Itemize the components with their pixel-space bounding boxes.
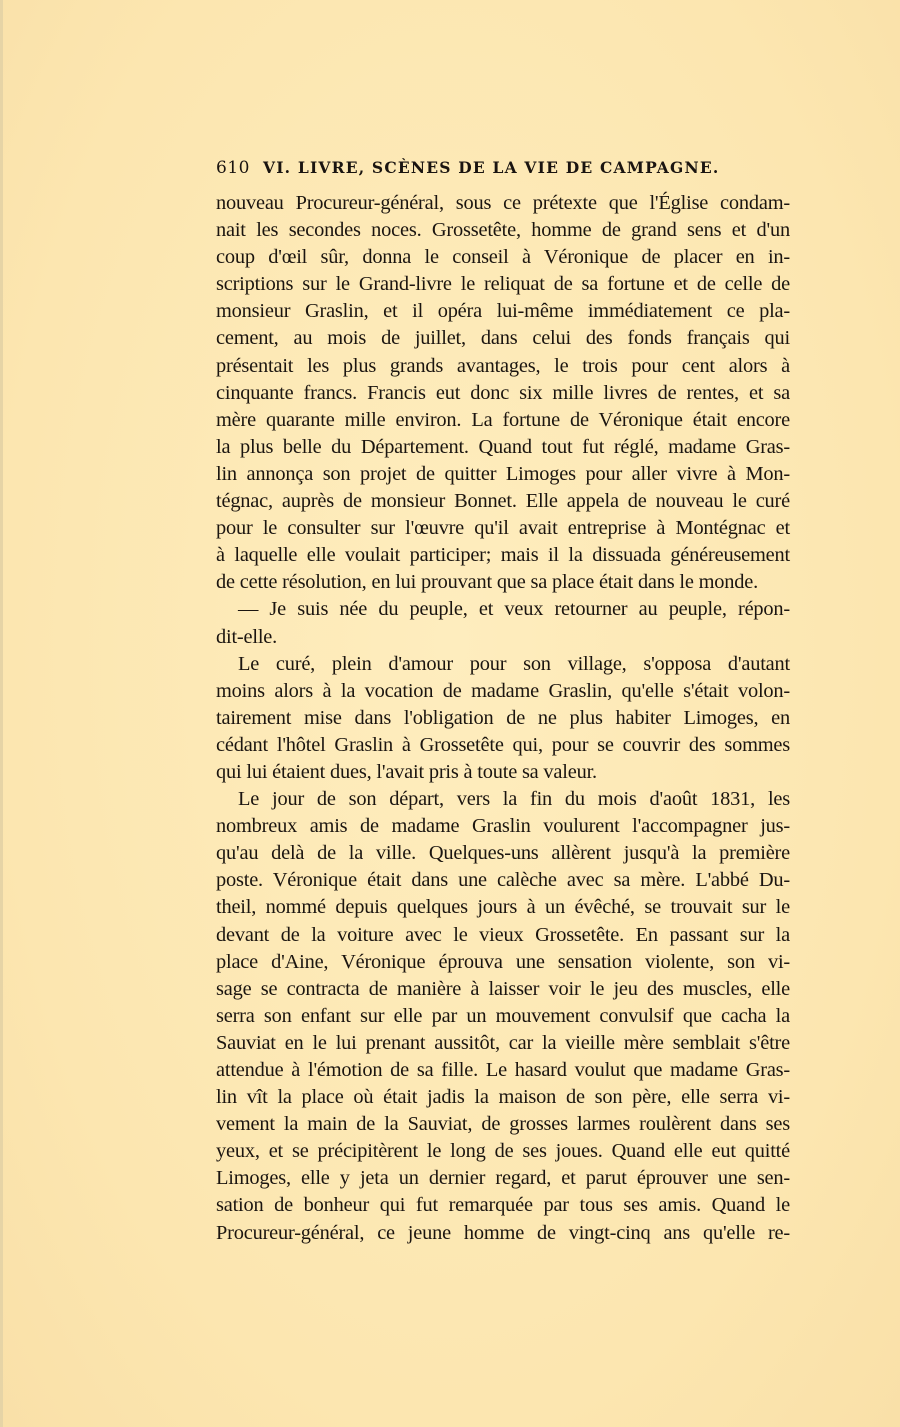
- text-line-content: moins alors à la vocation de madame Gras…: [216, 678, 790, 705]
- text-line: attendue à l'émotion de sa fille. Le has…: [216, 1057, 790, 1084]
- text-line-content: la plus belle du Département. Quand tout…: [216, 434, 790, 461]
- body-text: nouveau Procureur-général, sous ce préte…: [216, 190, 790, 1247]
- page-number: 610: [216, 158, 250, 178]
- text-line: qu'au delà de la ville. Quelques-uns all…: [216, 840, 790, 867]
- text-line-content: Sauviat en le lui prenant aussitôt, car …: [216, 1030, 790, 1057]
- text-line: nait les secondes noces. Grossetête, hom…: [216, 217, 790, 244]
- text-line-content: attendue à l'émotion de sa fille. Le has…: [216, 1057, 790, 1084]
- text-line: cement, au mois de juillet, dans celui d…: [216, 325, 790, 352]
- text-line: place d'Aine, Véronique éprouva une sens…: [216, 949, 790, 976]
- running-header: 610 VI. LIVRE, SCÈNES DE LA VIE DE CAMPA…: [216, 158, 783, 180]
- text-line-content: à laquelle elle voulait participer; mais…: [216, 542, 790, 569]
- text-line-content: cement, au mois de juillet, dans celui d…: [216, 325, 790, 352]
- text-line: dit-elle.: [216, 624, 790, 651]
- text-line-content: coup d'œil sûr, donna le conseil à Véron…: [216, 244, 790, 271]
- text-line: de cette résolution, en lui prouvant que…: [216, 569, 790, 596]
- text-line: yeux, et se précipitèrent le long de ses…: [216, 1138, 790, 1165]
- text-line-content: yeux, et se précipitèrent le long de ses…: [216, 1138, 790, 1165]
- text-line: la plus belle du Département. Quand tout…: [216, 434, 790, 461]
- text-line-content: devant de la voiture avec le vieux Gross…: [216, 922, 790, 949]
- text-line-content: tégnac, auprès de monsieur Bonnet. Elle …: [216, 488, 790, 515]
- text-line-content: qu'au delà de la ville. Quelques-uns all…: [216, 840, 790, 867]
- text-line: lin vît la place où était jadis la maiso…: [216, 1084, 790, 1111]
- text-line-content: — Je suis née du peuple, et veux retourn…: [238, 596, 790, 623]
- text-line: cédant l'hôtel Graslin à Grossetête qui,…: [216, 732, 790, 759]
- text-line-content: scriptions sur le Grand-livre le reliqua…: [216, 271, 790, 298]
- text-line-content: tairement mise dans l'obligation de ne p…: [216, 705, 790, 732]
- text-line-content: Limoges, elle y jeta un dernier regard, …: [216, 1165, 790, 1192]
- text-line: tairement mise dans l'obligation de ne p…: [216, 705, 790, 732]
- text-line-content: nombreux amis de madame Graslin vouluren…: [216, 813, 790, 840]
- text-line-content: lin annonça son projet de quitter Limoge…: [216, 461, 790, 488]
- book-page: 610 VI. LIVRE, SCÈNES DE LA VIE DE CAMPA…: [0, 0, 900, 1427]
- text-line-content: Procureur-général, ce jeune homme de vin…: [216, 1220, 790, 1247]
- text-line: tégnac, auprès de monsieur Bonnet. Elle …: [216, 488, 790, 515]
- text-line-content: place d'Aine, Véronique éprouva une sens…: [216, 949, 790, 976]
- text-line-content: cinquante francs. Francis eut donc six m…: [216, 380, 790, 407]
- text-line: Sauviat en le lui prenant aussitôt, car …: [216, 1030, 790, 1057]
- text-line-content: sation de bonheur qui fut remarquée par …: [216, 1192, 790, 1219]
- text-line: qui lui étaient dues, l'avait pris à tou…: [216, 759, 790, 786]
- text-line-content: vement la main de la Sauviat, de grosses…: [216, 1111, 790, 1138]
- text-line: à laquelle elle voulait participer; mais…: [216, 542, 790, 569]
- text-line: Le jour de son départ, vers la fin du mo…: [216, 786, 790, 813]
- text-line-content: Le curé, plein d'amour pour son village,…: [238, 651, 790, 678]
- text-line: sage se contracta de manière à laisser v…: [216, 976, 790, 1003]
- text-line: nombreux amis de madame Graslin vouluren…: [216, 813, 790, 840]
- text-line-content: mère quarante mille environ. La fortune …: [216, 407, 790, 434]
- text-line-content: cédant l'hôtel Graslin à Grossetête qui,…: [216, 732, 790, 759]
- text-line-content: serra son enfant sur elle par un mouveme…: [216, 1003, 790, 1030]
- text-line-content: qui lui étaient dues, l'avait pris à tou…: [216, 761, 597, 783]
- text-line: pour le consulter sur l'œuvre qu'il avai…: [216, 515, 790, 542]
- text-line: vement la main de la Sauviat, de grosses…: [216, 1111, 790, 1138]
- text-line: sation de bonheur qui fut remarquée par …: [216, 1192, 790, 1219]
- text-line-content: theil, nommé depuis quelques jours à un …: [216, 894, 790, 921]
- text-line: moins alors à la vocation de madame Gras…: [216, 678, 790, 705]
- text-line-content: Le jour de son départ, vers la fin du mo…: [238, 786, 790, 813]
- text-line: scriptions sur le Grand-livre le reliqua…: [216, 271, 790, 298]
- text-line-content: dit-elle.: [216, 626, 277, 648]
- text-line: devant de la voiture avec le vieux Gross…: [216, 922, 790, 949]
- text-line-content: sage se contracta de manière à laisser v…: [216, 976, 790, 1003]
- text-line: nouveau Procureur-général, sous ce préte…: [216, 190, 790, 217]
- text-line-content: présentait les plus grands avantages, le…: [216, 353, 790, 380]
- text-line: — Je suis née du peuple, et veux retourn…: [216, 596, 790, 623]
- text-line: coup d'œil sûr, donna le conseil à Véron…: [216, 244, 790, 271]
- text-line-content: de cette résolution, en lui prouvant que…: [216, 571, 758, 593]
- running-title: VI. LIVRE, SCÈNES DE LA VIE DE CAMPAGNE.: [263, 158, 719, 177]
- text-line: Limoges, elle y jeta un dernier regard, …: [216, 1165, 790, 1192]
- text-line: cinquante francs. Francis eut donc six m…: [216, 380, 790, 407]
- text-line: monsieur Graslin, et il opéra lui-même i…: [216, 298, 790, 325]
- text-line-content: monsieur Graslin, et il opéra lui-même i…: [216, 298, 790, 325]
- text-line-content: poste. Véronique était dans une calèche …: [216, 867, 790, 894]
- text-line: poste. Véronique était dans une calèche …: [216, 867, 790, 894]
- text-line: lin annonça son projet de quitter Limoge…: [216, 461, 790, 488]
- text-line-content: pour le consulter sur l'œuvre qu'il avai…: [216, 515, 790, 542]
- text-line-content: lin vît la place où était jadis la maiso…: [216, 1084, 790, 1111]
- text-line: Procureur-général, ce jeune homme de vin…: [216, 1220, 790, 1247]
- text-line: serra son enfant sur elle par un mouveme…: [216, 1003, 790, 1030]
- text-line: mère quarante mille environ. La fortune …: [216, 407, 790, 434]
- text-line: présentait les plus grands avantages, le…: [216, 353, 790, 380]
- text-line: theil, nommé depuis quelques jours à un …: [216, 894, 790, 921]
- text-line-content: nouveau Procureur-général, sous ce préte…: [216, 190, 790, 217]
- text-line-content: nait les secondes noces. Grossetête, hom…: [216, 217, 790, 244]
- text-line: Le curé, plein d'amour pour son village,…: [216, 651, 790, 678]
